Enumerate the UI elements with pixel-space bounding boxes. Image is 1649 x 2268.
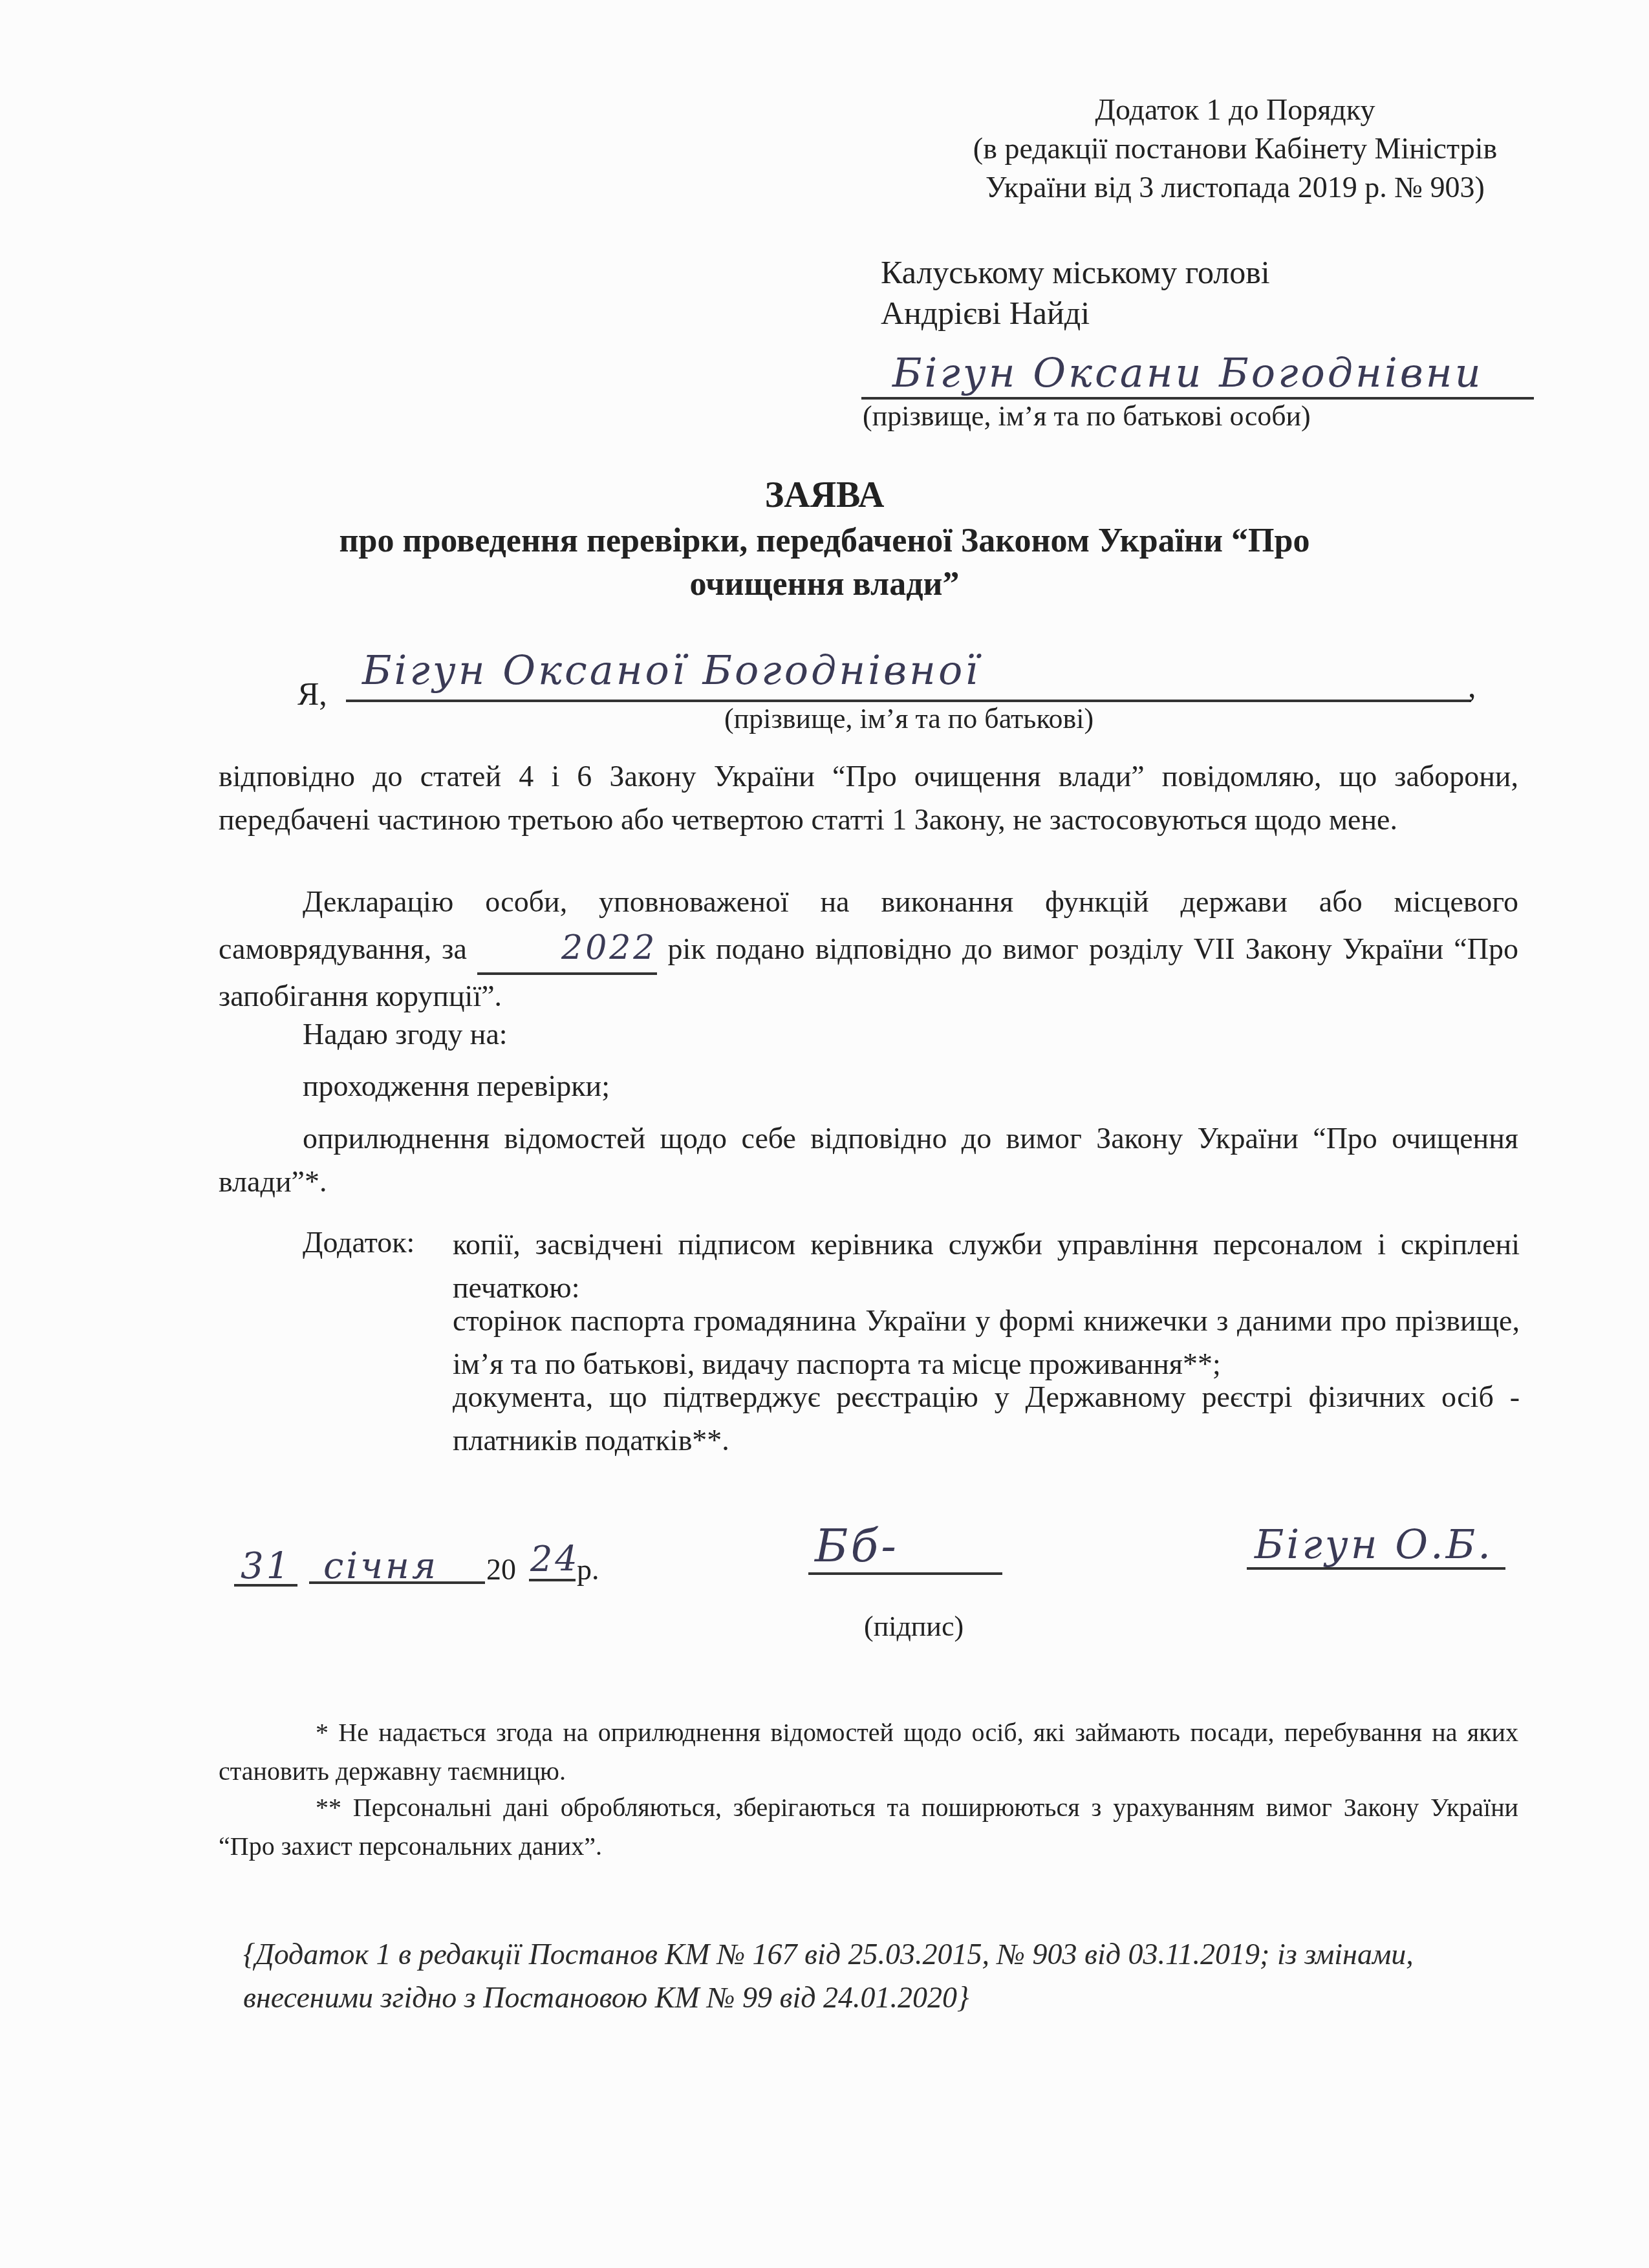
date-year-line (529, 1579, 576, 1581)
consent-item-1: проходження перевірки; (303, 1067, 610, 1106)
header-block: Додаток 1 до Порядку (в редакції постано… (957, 91, 1513, 206)
addressee-caption: (прізвище, ім’я та по батькові особи) (863, 400, 1311, 433)
attachment-label: Додаток: (303, 1223, 415, 1262)
addressee-applicant-handwritten: Бігун Оксани Богоднівни (892, 349, 1526, 396)
addressee-block: Калуському міському голові Андрієві Найд… (881, 252, 1270, 333)
header-line-3: України від 3 листопада 2019 р. № 903) (957, 168, 1513, 207)
header-line-2: (в редакції постанови Кабінету Міністрів (957, 129, 1513, 168)
body-paragraph-1: відповідно до статей 4 і 6 Закону Україн… (219, 755, 1518, 841)
date-year-handwritten: 24 (530, 1539, 580, 1579)
declaration-year-handwritten: 2022 (477, 924, 657, 975)
addressee-line-1: Калуському міському голові (881, 252, 1270, 293)
attachment-item-3: документа, що підтверджує реєстрацію у Д… (453, 1376, 1520, 1462)
title-sub-2: очищення влади” (194, 562, 1455, 606)
declarant-suffix: , (1468, 666, 1476, 707)
signature-caption: (підпис) (864, 1610, 964, 1643)
declarant-caption: (прізвище, ім’я та по батькові) (724, 702, 1094, 735)
signer-name-line (1247, 1567, 1505, 1570)
title-main: ЗАЯВА (194, 472, 1455, 519)
addressee-line-2: Андрієві Найді (881, 293, 1270, 334)
consent-item-2: оприлюднення відомостей щодо себе відпов… (219, 1117, 1518, 1203)
document-page: Додаток 1 до Порядку (в редакції постано… (0, 0, 1649, 2268)
title-block: ЗАЯВА про проведення перевірки, передбач… (194, 472, 1455, 606)
date-month-line (309, 1581, 485, 1584)
signer-name-handwritten: Бігун О.Б. (1255, 1521, 1493, 1568)
declarant-name-handwritten: Бігун Оксанoї Богоднівнoї (362, 647, 980, 694)
consent-intro: Надаю згоду на: (303, 1015, 508, 1054)
attachment-item-2: сторінок паспорта громадянина України у … (453, 1300, 1520, 1385)
date-day-line (234, 1584, 297, 1587)
title-sub-1: про проведення перевірки, передбаченої З… (194, 519, 1455, 563)
body-paragraph-2: Декларацію особи, уповноваженої на викон… (219, 881, 1518, 1018)
attachment-item-1: копії, засвідчені підписом керівника слу… (453, 1223, 1520, 1309)
signature-line (808, 1572, 1002, 1575)
signature-handwritten: Бб- (815, 1519, 899, 1572)
date-year-unit: р. (577, 1550, 599, 1589)
date-day-handwritten: 31 (241, 1545, 292, 1587)
header-line-1: Додаток 1 до Порядку (957, 91, 1513, 129)
footnote-1: * Не надається згода на оприлюднення від… (219, 1713, 1518, 1791)
editorial-note: {Додаток 1 в редакції Постанов КМ № 167 … (243, 1933, 1524, 2019)
footnote-2: ** Персональні дані обробляються, зберіг… (219, 1788, 1518, 1866)
date-year-prefix: 20 (486, 1550, 516, 1589)
declarant-prefix: Я, (297, 674, 327, 714)
